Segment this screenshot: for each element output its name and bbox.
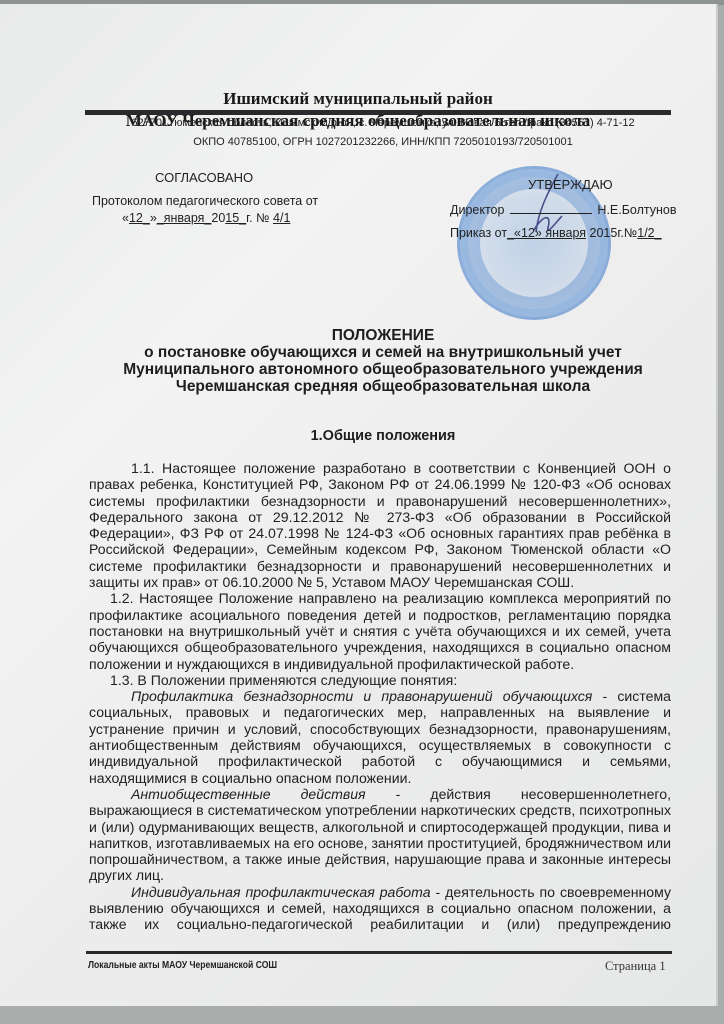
definition-term: Индивидуальная профилактическая работа	[131, 884, 431, 900]
paragraph-1-1: 1.1. Настоящее положение разработано в с…	[89, 460, 671, 590]
section-heading: 1.Общие положения	[0, 428, 724, 444]
footer-page-number: Страница 1	[605, 959, 666, 974]
definition-term: Антиобщественные действия	[131, 786, 366, 802]
order-date: _«12» января	[507, 226, 586, 240]
definition-antisocial: Антиобщественные действия - действия нес…	[89, 786, 671, 884]
director-line: Директор Н.Е.Болтунов	[450, 203, 677, 217]
paragraph-1-3: 1.3. В Положении применяются следующие п…	[89, 672, 671, 688]
document-subtitle-2: Муниципального автономного общеобразоват…	[0, 361, 724, 379]
protocol-day: 12_	[129, 211, 150, 225]
signature-blank	[510, 213, 592, 214]
section-body: 1.1. Настоящее положение разработано в с…	[89, 460, 671, 933]
order-line: Приказ от_«12» января 2015г.№1/2_	[450, 226, 662, 240]
document-title: ПОЛОЖЕНИЕ	[0, 327, 724, 345]
agreed-heading: СОГЛАСОВАНО	[155, 170, 253, 185]
order-number: 1/2_	[637, 226, 661, 240]
approve-heading: УТВЕРЖДАЮ	[528, 177, 613, 192]
document-subtitle-3: Черемшанская средняя общеобразовательная…	[0, 378, 724, 396]
protocol-month: _января_	[157, 211, 212, 225]
agreed-protocol-line: Протоколом педагогического совета от	[92, 194, 318, 208]
protocol-number: 4/1	[273, 211, 290, 225]
school-codes: ОКПО 40785100, ОГРН 1027201232266, ИНН/К…	[0, 136, 724, 148]
agreed-protocol-date: «12_»_января_2015_г. № 4/1	[122, 211, 290, 225]
document-page: Ишимский муниципальный район МАОУ Черемш…	[0, 4, 718, 1006]
school-address: 627701Тюменская область, Ишимский р-он, …	[0, 117, 724, 129]
definition-prevention: Профилактика безнадзорности и правонаруш…	[89, 688, 671, 786]
director-name: Н.Е.Болтунов	[597, 203, 676, 217]
definition-term: Профилактика безнадзорности и правонаруш…	[131, 688, 592, 704]
document-subtitle-1: о постановке обучающихся и семей на внут…	[0, 344, 724, 362]
paragraph-1-2: 1.2. Настоящее Положение направлено на р…	[89, 590, 671, 671]
definition-individual-work: Индивидуальная профилактическая работа -…	[89, 884, 671, 933]
footer-doc-series: Локальные акты МАОУ Черемшанской СОШ	[88, 959, 277, 971]
header-rule	[85, 110, 671, 115]
footer-rule	[86, 951, 672, 954]
district-title: Ишимский муниципальный район	[0, 89, 716, 109]
